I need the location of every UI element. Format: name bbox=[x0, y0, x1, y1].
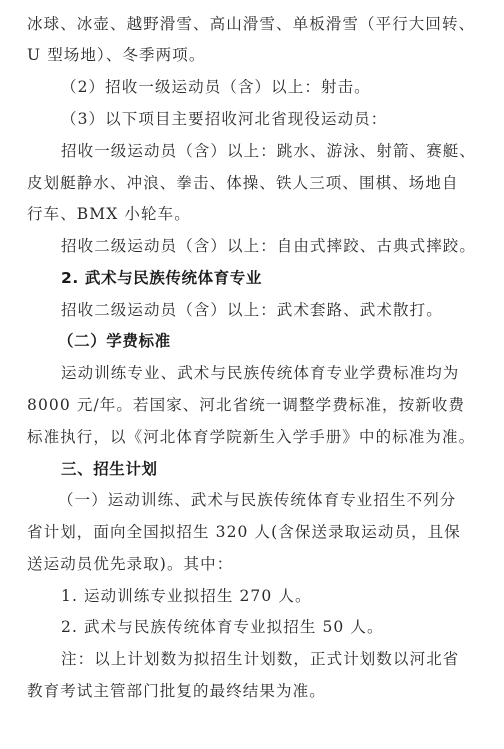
list-item-2: 2. 武术与民族传统体育专业拟招生 50 人。 bbox=[61, 617, 504, 637]
note-line: 教育考试主管部门批复的最终结果为准。 bbox=[27, 681, 477, 701]
note-line: 注：以上计划数为拟招生计划数，正式计划数以河北省 bbox=[61, 649, 504, 669]
paragraph-line: 省计划，面向全国拟招生 320 人(含保送录取运动员，且保 bbox=[27, 522, 477, 542]
paragraph-line: 招收一级运动员（含）以上：跳水、游泳、射箭、赛艇、 bbox=[61, 141, 504, 161]
paragraph-line: 招收二级运动员（含）以上：武术套路、武术散打。 bbox=[61, 300, 504, 320]
paragraph-line: 8000 元/年。若国家、河北省统一调整学费标准，按新收费 bbox=[27, 395, 477, 415]
section-heading: （二）学费标准 bbox=[58, 331, 504, 351]
paragraph-line: 标准执行，以《河北体育学院新生入学手册》中的标准为准。 bbox=[27, 427, 477, 447]
list-item-3: （3）以下项目主要招收河北省现役运动员： bbox=[61, 109, 504, 129]
paragraph-line: 招收二级运动员（含）以上：自由式摔跤、古典式摔跤。 bbox=[61, 236, 504, 256]
list-item-2: （2）招收一级运动员（含）以上：射击。 bbox=[61, 77, 504, 97]
paragraph-line: 行车、BMX 小轮车。 bbox=[27, 204, 477, 224]
paragraph-line: U 型场地）、冬季两项。 bbox=[27, 45, 477, 65]
paragraph-line: 送运动员优先录取)。其中： bbox=[27, 554, 477, 574]
paragraph-line: （一）运动训练、武术与民族传统体育专业招生不列分 bbox=[58, 490, 504, 510]
section-heading: 三、招生计划 bbox=[61, 459, 504, 479]
list-item-1: 1. 运动训练专业拟招生 270 人。 bbox=[61, 586, 504, 606]
paragraph-line: 运动训练专业、武术与民族传统体育专业学费标准均为 bbox=[61, 363, 504, 383]
paragraph-line: 冰球、冰壶、越野滑雪、高山滑雪、单板滑雪（平行大回转、 bbox=[27, 14, 477, 34]
section-heading: 2. 武术与民族传统体育专业 bbox=[61, 268, 504, 288]
paragraph-line: 皮划艇静水、冲浪、拳击、体操、铁人三项、围棋、场地自 bbox=[27, 173, 477, 193]
document-page: 冰球、冰壶、越野滑雪、高山滑雪、单板滑雪（平行大回转、 U 型场地）、冬季两项。… bbox=[0, 0, 504, 749]
